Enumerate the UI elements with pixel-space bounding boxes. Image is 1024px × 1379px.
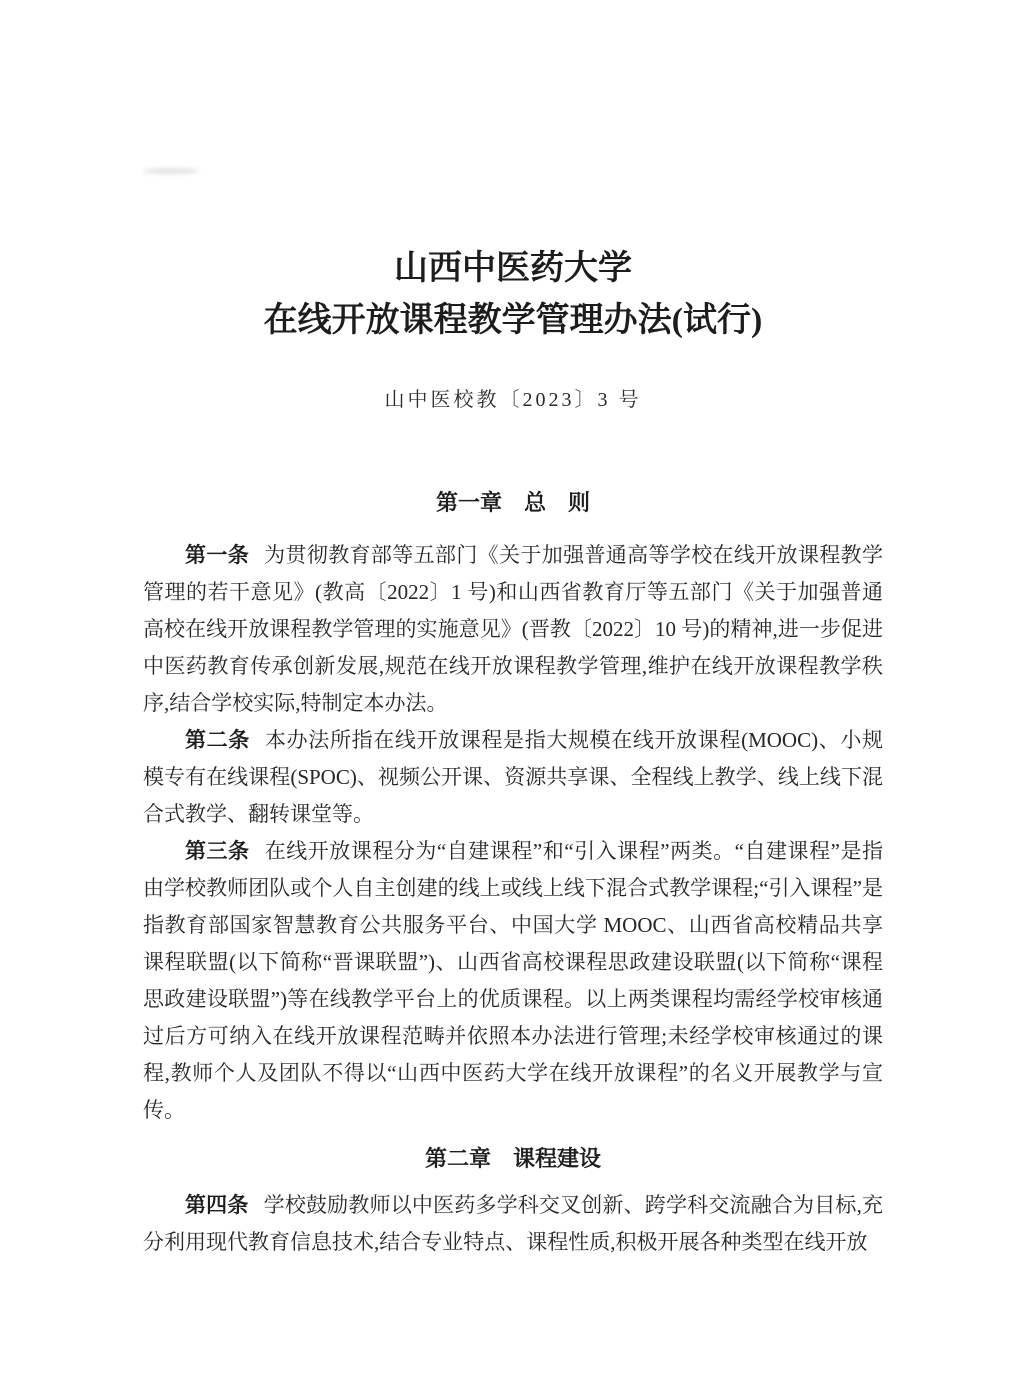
article-3-text: 在线开放课程分为“自建课程”和“引入课程”两类。“自建课程”是指由学校教师团队或…	[143, 839, 883, 1122]
document-title-line2: 在线开放课程教学管理办法(试行)	[143, 295, 883, 347]
article-2-label: 第二条	[185, 729, 250, 752]
article-4: 第四条学校鼓励教师以中医药多学科交叉创新、跨学科交流融合为目标,充分利用现代教育…	[143, 1187, 883, 1261]
article-1-text: 为贯彻教育部等五部门《关于加强普通高等学校在线开放课程教学管理的若干意见》(教高…	[143, 543, 883, 715]
article-4-label: 第四条	[185, 1194, 249, 1217]
document-page: 山西中医药大学 在线开放课程教学管理办法(试行) 山中医校教〔2023〕3 号 …	[0, 0, 1024, 1379]
article-3-label: 第三条	[185, 840, 250, 863]
document-content: 山西中医药大学 在线开放课程教学管理办法(试行) 山中医校教〔2023〕3 号 …	[143, 0, 883, 1261]
chapter-2-heading: 第二章 课程建设	[143, 1143, 883, 1175]
document-number: 山中医校教〔2023〕3 号	[143, 385, 883, 415]
article-2-text: 本办法所指在线开放课程是指大规模在线开放课程(MOOC)、小规模专有在线课程(S…	[143, 728, 883, 826]
article-1-label: 第一条	[185, 544, 249, 567]
document-title: 山西中医药大学 在线开放课程教学管理办法(试行)	[143, 243, 883, 347]
article-3: 第三条在线开放课程分为“自建课程”和“引入课程”两类。“自建课程”是指由学校教师…	[143, 833, 883, 1129]
article-1: 第一条为贯彻教育部等五部门《关于加强普通高等学校在线开放课程教学管理的若干意见》…	[143, 537, 883, 722]
document-title-line1: 山西中医药大学	[143, 243, 883, 295]
chapter-1-heading: 第一章 总 则	[143, 487, 883, 519]
article-4-text: 学校鼓励教师以中医药多学科交叉创新、跨学科交流融合为目标,充分利用现代教育信息技…	[143, 1193, 883, 1254]
article-2: 第二条本办法所指在线开放课程是指大规模在线开放课程(MOOC)、小规模专有在线课…	[143, 722, 883, 833]
